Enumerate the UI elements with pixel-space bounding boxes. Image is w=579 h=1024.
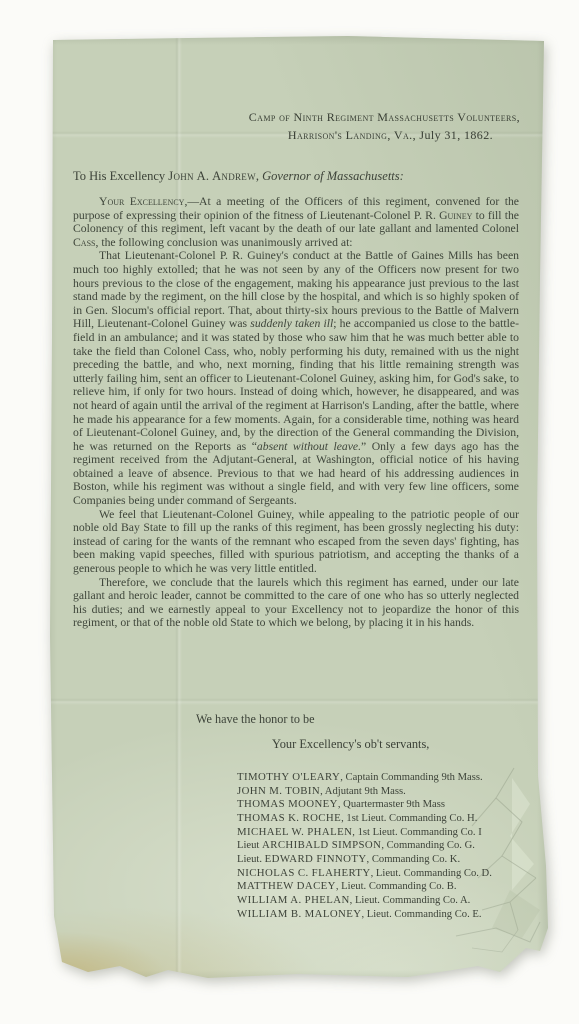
paragraph-4: Therefore, we conclude that the laurels … (73, 576, 519, 630)
scan-background: Camp of Ninth Regiment Massachusetts Vol… (0, 0, 579, 1024)
signature-row: MATTHEW DACEY, Lieut. Commanding Co. B. (237, 880, 492, 894)
signature-row: JOHN M. TOBIN, Adjutant 9th Mass. (237, 785, 492, 799)
document-paper: Camp of Ninth Regiment Massachusetts Vol… (48, 36, 548, 984)
signature-row: Lieut ARCHIBALD SIMPSON, Commanding Co. … (237, 839, 492, 853)
closing-honor-line: We have the honor to be (196, 712, 314, 727)
paragraph-3: We feel that Lieutenant-Colonel Guiney, … (73, 508, 519, 576)
signature-row: MICHAEL W. PHALEN, 1st Lieut. Commanding… (237, 826, 492, 840)
signature-row: WILLIAM A. PHELAN, Lieut. Commanding Co.… (237, 894, 492, 908)
signature-row: TIMOTHY O'LEARY, Captain Commanding 9th … (237, 771, 492, 785)
signature-row: THOMAS MOONEY, Quartermaster 9th Mass (237, 798, 492, 812)
signature-row: NICHOLAS C. FLAHERTY, Lieut. Commanding … (237, 867, 492, 881)
closing-servants-line: Your Excellency's ob't servants, (272, 737, 429, 752)
paragraph-2: That Lieutenant-Colonel P. R. Guiney's c… (73, 249, 519, 507)
letterhead-camp-line: Camp of Ninth Regiment Massachusetts Vol… (48, 108, 520, 126)
letterhead-place: Harrison's Landing, Va., (288, 128, 416, 142)
paper-sheet: Camp of Ninth Regiment Massachusetts Vol… (48, 36, 548, 984)
salutation-line: To His Excellency John A. Andrew, Govern… (73, 169, 523, 184)
signature-list: TIMOTHY O'LEARY, Captain Commanding 9th … (237, 771, 492, 921)
signature-row: WILLIAM B. MALONEY, Lieut. Commanding Co… (237, 908, 492, 922)
letterhead: Camp of Ninth Regiment Massachusetts Vol… (48, 108, 520, 144)
paragraph-1: Your Excellency,—At a meeting of the Off… (73, 195, 519, 249)
signature-row: Lieut. EDWARD FINNOTY, Commanding Co. K. (237, 853, 492, 867)
letter-body: Your Excellency,—At a meeting of the Off… (73, 195, 519, 630)
signature-row: THOMAS K. ROCHE, 1st Lieut. Commanding C… (237, 812, 492, 826)
letterhead-date: July 31, 1862. (419, 128, 493, 142)
letterhead-place-date-line: Harrison's Landing, Va., July 31, 1862. (48, 126, 493, 144)
